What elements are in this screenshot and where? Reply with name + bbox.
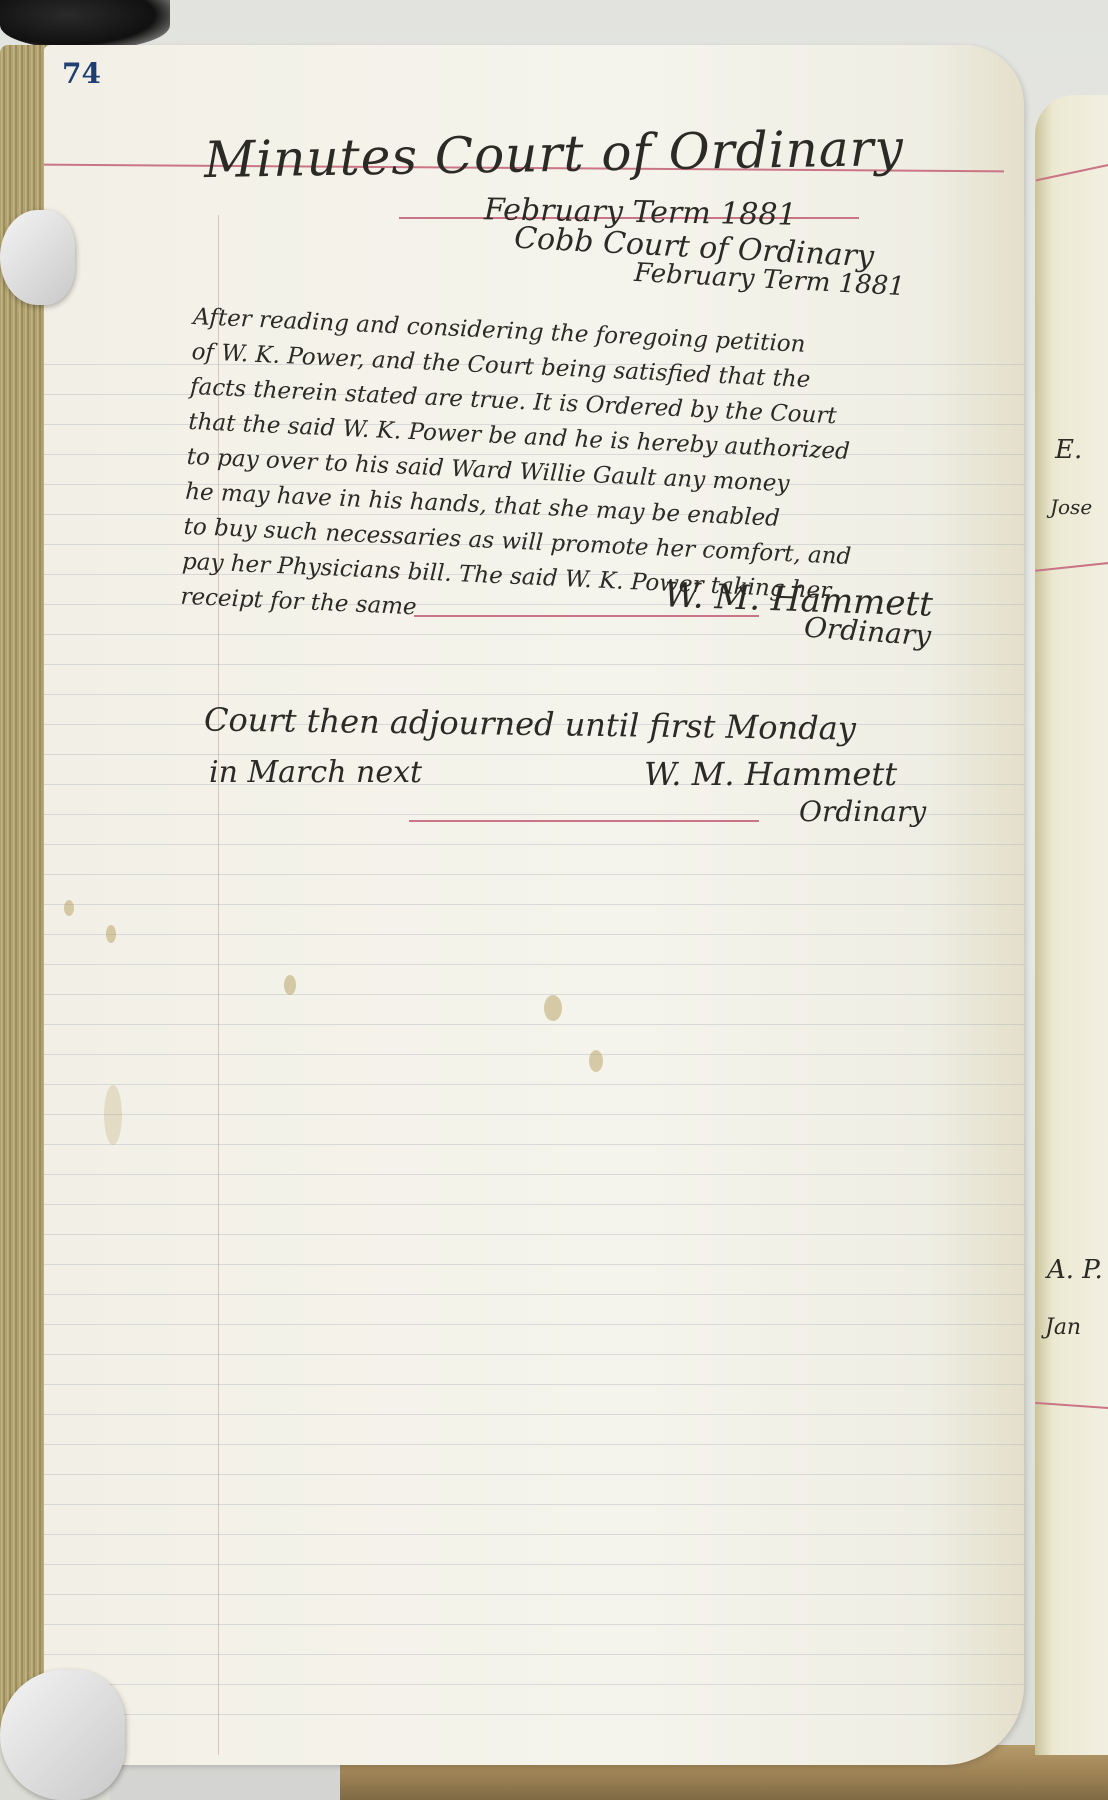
facing-page-fragment: A. P.	[1047, 1255, 1103, 1285]
ink-stain	[589, 1050, 603, 1072]
ink-stain	[64, 900, 74, 916]
red-rule	[1036, 161, 1108, 182]
facing-page-fragment: E.	[1055, 435, 1082, 465]
facing-page-fragment: Jan	[1045, 1315, 1081, 1340]
adjournment-line: in March next	[209, 755, 422, 790]
facing-page: E. Jose A. P. Jan	[1035, 95, 1108, 1755]
adjournment-signature: W. M. Hammett	[644, 755, 897, 793]
gloved-thumb	[0, 210, 75, 305]
page-number: 74	[62, 57, 101, 90]
red-rule	[1035, 1402, 1108, 1410]
ink-stain	[284, 975, 296, 995]
facing-page-fragment: Jose	[1050, 495, 1092, 519]
ink-stain	[544, 995, 562, 1021]
background-object	[0, 0, 170, 50]
adjournment-signature-title: Ordinary	[799, 795, 926, 828]
document-scan: E. Jose A. P. Jan 74 Minutes Court of Or…	[0, 0, 1108, 1800]
gloved-thumb	[0, 1670, 125, 1800]
scale-card	[110, 1760, 340, 1800]
ink-stain	[106, 925, 116, 943]
page-heading: Minutes Court of Ordinary	[204, 119, 905, 189]
ink-stain	[104, 1085, 122, 1145]
red-rule	[1035, 560, 1108, 571]
ledger-page: 74 Minutes Court of Ordinary February Te…	[44, 45, 1024, 1765]
red-rule-divider	[409, 820, 759, 822]
